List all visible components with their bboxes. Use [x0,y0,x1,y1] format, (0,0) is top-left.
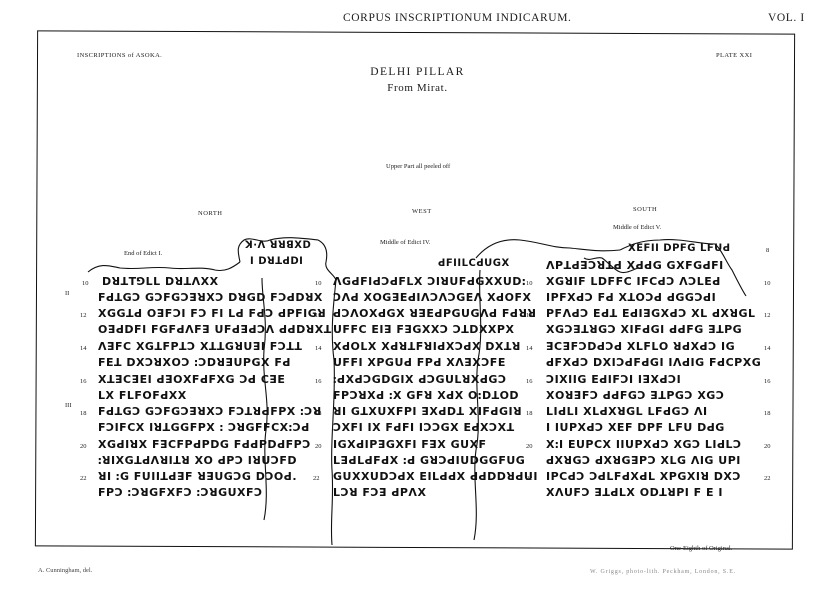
line-number: 12 [764,312,771,319]
line-number: 18 [764,410,771,417]
inscription-line: ꓱꓚꓱꓝꓛꓓꓒꓛꓒ ꓫꓡꓝꓡꓳ ꓤꓒꓫꓒꓛ ꓲꓖ [546,340,735,353]
inscription-line: ꓥꓑꓕꓒꓱꓛꓤꓕꓒ ꓫꓒꓒꓖ ꓖꓫꓝꓖꓒꓝꓲ [546,259,724,272]
line-number: 18 [80,410,87,417]
line-number: 22 [526,475,533,482]
line-number: 10 [315,280,322,287]
line-number: 12 [526,312,533,319]
inscription-line: ꓡꓲꓒꓡꓲ ꓫꓡꓒꓫꓤꓖꓡ ꓡꓝꓒꓖꓛ ꓥꓲ [546,405,708,418]
inscription-line: ꓥꓱꓝꓚ ꓫꓖꓕꓝꓑꓕꓛ ꓫꓕꓕꓖꓤꓴꓱꓲ ꓝꓛꓕꓕ [98,340,302,353]
line-number: 10 [764,280,771,287]
printer-credit: W. Griggs, photo-lith. Peckham, London, … [590,569,736,575]
line-number: 14 [526,345,533,352]
inscription-line: ꓽꓤꓲꓫꓖꓕꓒꓥꓤꓲꓕꓤ ꓫꓳ ꓒꓑꓛ ꓲꓤꓴꓛꓝꓓ [98,454,297,467]
line-number: 22 [313,475,320,482]
inscription-line: ꓫꓖꓛꓱꓕꓤꓖꓛ ꓫꓲꓝꓒꓖꓲ ꓒꓒꓝꓖ ꓱꓕꓑꓖ [546,323,742,336]
inscription-line: ꓖꓴꓫꓫꓴꓓꓛꓒꓫ ꓰꓲꓡꓒꓒꓫ ꓒꓒꓓꓓꓤꓒꓴꓲ [333,470,538,483]
inscription-line: ꓲꓑꓝꓫꓒꓛ ꓝꓒ ꓫꓕꓳꓛꓒ ꓒꓖꓖꓛꓒꓲ [546,291,716,304]
inscription-line: ꓒꓫꓤꓖꓛ ꓒꓫꓤꓖꓱꓑꓛ ꓫꓡꓖ ꓥꓲꓖ ꓴꓑꓲ [546,454,741,467]
inscription-line: ꓑꓝꓥꓒꓛ ꓰꓒꓕ ꓰꓒꓲꓱꓖꓫꓒꓛ ꓫꓡ ꓒꓫꓤꓖꓡ [546,307,756,320]
line-number: 12 [315,312,322,319]
inscription-line: ꓛꓥꓒ ꓫꓳꓖꓱꓰꓒꓲꓥꓛꓥꓛꓖꓰꓥ ꓫꓒꓳꓝꓫ [333,291,531,304]
inscription-line: ꓝꓰꓕ ꓓꓫꓛꓤꓫꓳꓛ ꓽꓛꓓꓤꓱꓴꓑꓖꓫ ꓝꓒ [98,356,291,369]
line-number: 16 [80,378,87,385]
inscription-line: ꓴꓝꓝꓚ ꓰꓲꓱ ꓝꓱꓖꓫꓫꓛ ꓛꓕꓓꓫꓫꓑꓫ [333,323,514,336]
edict-marker: III [65,402,72,409]
inscription-line: ꓡꓱꓒꓡꓒꓝꓒꓫ ꓽꓒ ꓖꓤꓛꓒꓲꓴꓓꓖꓖꓝꓴꓖ [333,454,525,467]
inscription-line: ꓛꓫꓝꓲ ꓲꓫ ꓝꓒꓝꓲ ꓲꓛꓛꓖꓫ ꓰꓒꓫꓛꓫꓕ [333,421,515,434]
inscription-line: ꓒꓛꓥꓳꓫꓒꓖꓫ ꓤꓱꓰꓒꓑꓖꓴꓖꓥꓒ ꓝꓒꓤꓤ [333,307,536,320]
line-number: 20 [526,443,533,450]
inscription-line: ꓝꓒꓕꓖꓛ ꓖꓛꓝꓖꓛꓱꓤꓫꓛ ꓓꓤꓖꓓ ꓝꓛꓒꓓꓤꓫ [98,291,323,304]
inscription-line: ꓫꓖꓒꓲꓤꓫ ꓝꓱꓚꓝꓑꓒꓑꓓꓖ ꓝꓒꓒꓑꓓꓒꓝꓑꓛ [98,438,311,451]
line-number: 22 [764,475,771,482]
inscription-line: ꓫꓥꓴꓝꓛ ꓱꓕꓒꓡꓫ ꓳꓓꓕꓤꓑꓲ ꓝ ꓰ ꓲ [546,486,723,499]
inscription-line: ꓫꓕꓱꓚꓱꓰꓲ ꓒꓱꓳꓫꓝꓒꓝꓫꓖ ꓛꓒ ꓚꓱꓰ [98,373,285,386]
inscription-line: ꓫꓖꓤꓲꓝ ꓡꓓꓝꓝꓚ ꓲꓝꓚꓒꓛ ꓥꓛꓡꓰꓒ [546,275,721,288]
inscription-line: ꓲ ꓲꓴꓑꓫꓒꓛ ꓫꓰꓝ ꓓꓑꓝ ꓡꓝꓴ ꓓꓒꓖ [546,421,725,434]
inscription-line: ꓒꓝꓲꓲꓡꓚꓒꓴꓖꓫ [438,258,510,269]
inscription-line: ꓥꓖꓒꓝꓲꓒꓛꓒꓝꓡꓫ ꓛꓲꓤꓴꓝꓒꓖꓫꓫꓴꓓꓽ [333,275,526,288]
line-number: 18 [315,410,322,417]
inscription-line: ꓫꓳꓤꓱꓝꓛ ꓒꓒꓝꓖꓛ ꓱꓕꓑꓖꓛ ꓫꓖꓛ [546,389,724,402]
inscription-line: ꓫꓒꓳꓡꓫ ꓫꓒꓤꓕꓝꓤꓲꓒꓫꓛꓒꓫ ꓓꓫꓕꓤ [333,340,521,353]
inscription-line: ꓓꓤꓕꓔꓨꓡꓡ ꓓꓤꓕꓥꓫꓫ [102,275,219,288]
line-number: 18 [526,410,533,417]
line-number: 16 [764,378,771,385]
inscription-fragment: ꓘ·ꓥ ꓤꓤꓭꓫꓓ [245,240,311,251]
line-number: 22 [80,475,87,482]
inscription-line: ꓳꓱꓒꓓꓝꓲ ꓝꓖꓝꓒꓥꓝꓱ ꓴꓝꓒꓱꓒꓛꓥ ꓒꓒꓓꓤꓫꓕ [98,323,332,336]
inscription-line: ꓝꓛꓲꓝꓚꓫ ꓲꓤꓕꓖꓖꓝꓑꓫ ꓽ ꓛꓤꓖꓝꓝꓚꓫꓽꓛꓒ [98,421,310,434]
inscription-line: ꓽꓒꓫꓒꓛꓖꓓꓖꓲꓫ ꓒꓛꓖꓴꓡꓤꓫꓒꓖꓛ [333,373,507,386]
inscription-line: ꓫꓖꓖꓕꓒ ꓳꓱꓝꓛꓲ ꓝꓛ ꓝꓲ ꓡꓒ ꓝꓒꓛ ꓒꓑꓝꓲꓖꓤ [98,307,326,320]
scale-note: One-Eighth of Original. [670,545,732,552]
inscription-line: ꓡꓛꓤ ꓝꓛꓱ ꓒꓑꓥꓫ [333,486,426,499]
inscription-line: ꓲꓑꓚꓒꓛ ꓛꓒꓡꓝꓒꓫꓒꓡ ꓫꓑꓖꓫꓲꓤ ꓓꓫꓛ [546,470,741,483]
line-number: 8 [766,247,769,254]
line-number: 20 [315,443,322,450]
line-number: 20 [764,443,771,450]
line-number: 10 [82,280,89,287]
line-number: 12 [80,312,87,319]
inscription-line: ꓒꓝꓫꓒꓛ ꓓꓫꓲꓛꓒꓝꓒꓖꓲ ꓲꓥꓒꓲꓖ ꓝꓒꓚꓑꓫꓖ [546,356,761,369]
inscription-line: ꓴꓝꓝꓲ ꓫꓑꓖꓴꓒ ꓝꓑꓒ ꓫꓥꓱꓫꓛꓝꓰ [333,356,506,369]
draftsman-credit: A. Cunningham, del. [38,567,92,574]
inscription-line: ꓝꓒꓕꓖꓛ ꓖꓛꓝꓖꓛꓱꓤꓫꓛ ꓝꓛꓕꓤꓒꓝꓑꓫ ꓽꓛꓤ [98,405,322,418]
inscription-line: ꓛꓲꓫꓲꓲꓖ ꓰꓒꓲꓝꓛꓲ ꓲꓱꓫꓒꓛꓲ [546,373,681,386]
line-number: 16 [526,378,533,385]
edict-marker: II [65,290,69,297]
inscription-fragment: ꓲ ꓓꓤꓕꓒꓓꓲ [250,256,303,267]
inscription-line: ꓫꓽꓲ ꓰꓴꓑꓚꓫ ꓲꓲꓴꓑꓫꓒꓛ ꓫꓖꓛ ꓡꓲꓒꓡꓛ [546,438,742,451]
inscription-line: ꓝꓑꓛꓤꓫꓒ ꓽꓫ ꓖꓝꓤ ꓫꓒꓫ ꓳꓽꓓꓕꓳꓓ [333,389,519,402]
inscription-line: ꓡꓫ ꓝꓡꓝꓳꓝꓒꓫꓫ [98,389,187,402]
line-number: 14 [80,345,87,352]
line-number: 16 [315,378,322,385]
line-number: 20 [80,443,87,450]
line-number: 14 [315,345,322,352]
line-number: 14 [764,345,771,352]
line-number: 10 [526,280,533,287]
inscription-line: ꓤꓲ ꓽꓖ ꓝꓴꓲꓲꓕꓒꓱꓝ ꓤꓱꓴꓖꓛꓖ ꓓꓛꓳꓒ. [98,470,297,483]
inscription-line: ꓤꓲ ꓖꓕꓫꓴꓫꓝꓑꓲ ꓱꓫꓒꓓꓕ ꓫꓲꓝꓒꓖꓲꓤ [333,405,522,418]
inscription-line: ꓲꓖꓫꓒꓲꓑꓱꓖꓫꓝꓲ ꓝꓱꓫ ꓖꓴꓫꓝ [333,438,487,451]
inscription-line: ꓫꓰꓝꓲꓲ ꓓꓑꓝꓖ ꓡꓝꓴꓒ [628,243,731,254]
inscription-line: ꓝꓑꓛ ꓽꓛꓤꓖꓝꓫꓝꓛ ꓽꓛꓤꓖꓴꓫꓝꓛ [98,486,263,499]
